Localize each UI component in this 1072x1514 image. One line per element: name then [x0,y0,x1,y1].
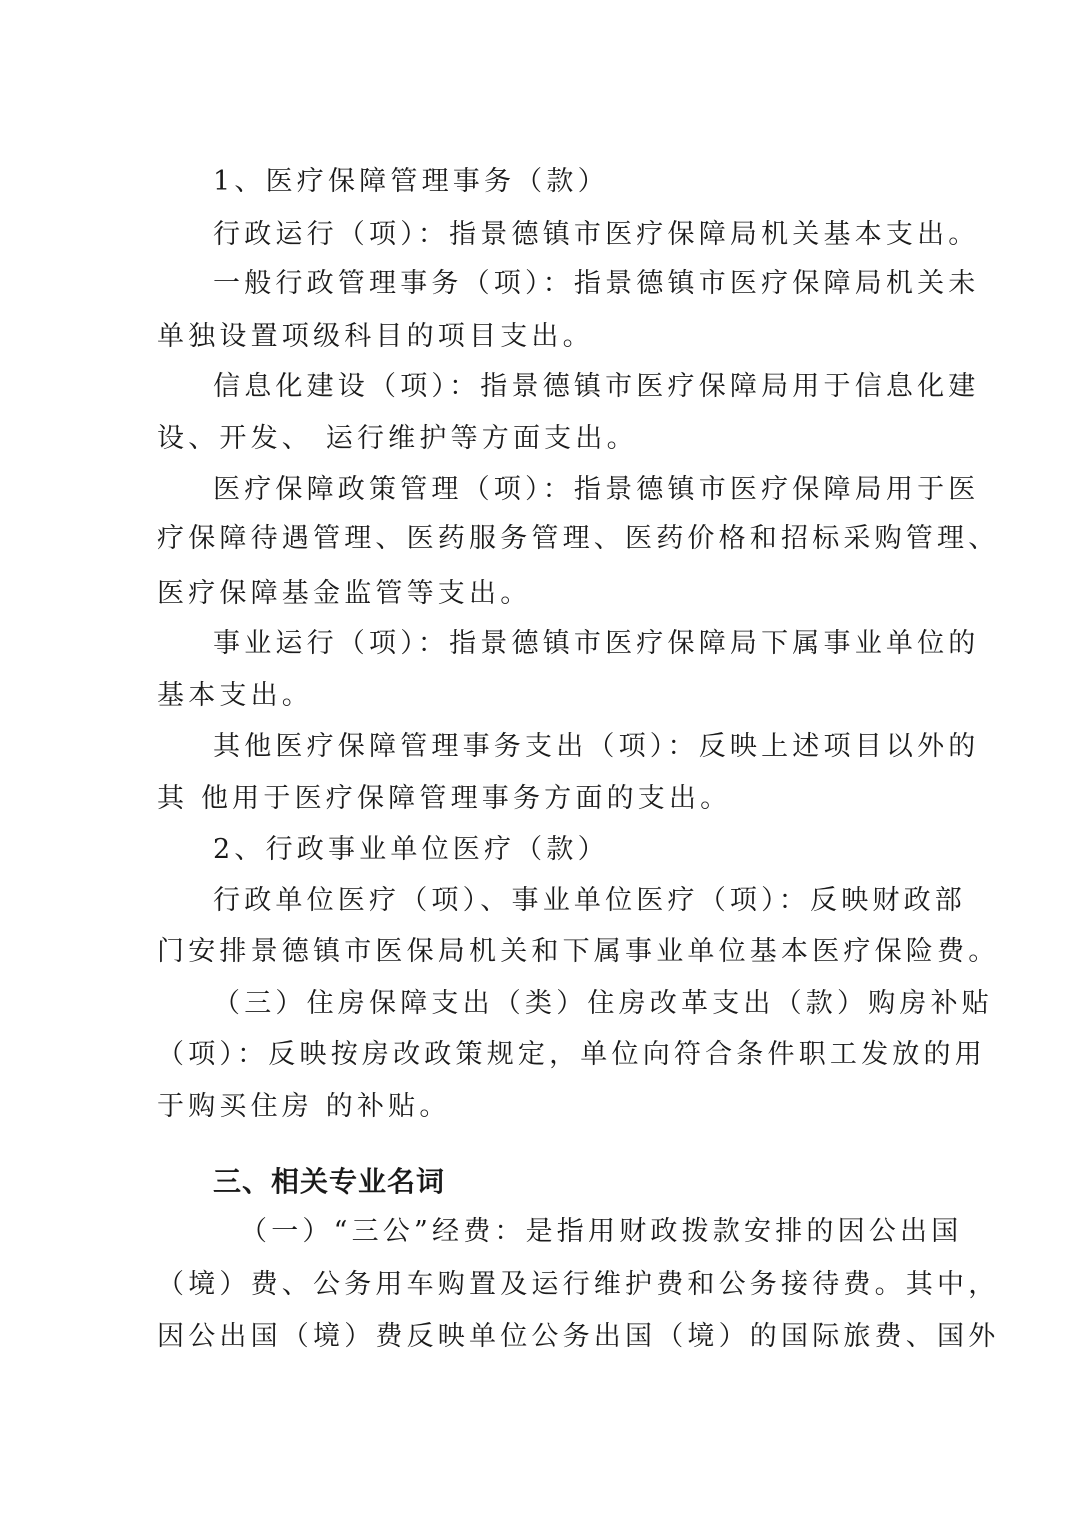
paragraph-line: 基本支出。 [157,679,313,713]
subsection-title-admin-medical: 2、行政事业单位医疗（款） [213,833,609,867]
paragraph-line: 信息化建设（项）：指景德镇市医疗保障局用于信息化建 [213,370,980,404]
paragraph-line: 单独设置项级科目的项目支出。 [157,320,594,354]
paragraph-line: 于购买住房 的补贴。 [157,1090,451,1124]
paragraph-line: 行政运行（项）：指景德镇市医疗保障局机关基本支出。 [213,218,980,252]
paragraph-line: 疗保障待遇管理、医药服务管理、医药价格和招标采购管理、 [157,522,999,556]
paragraph-line: 医疗保障政策管理（项）：指景德镇市医疗保障局用于医 [213,473,980,507]
subsection-title-medical-security: 1、医疗保障管理事务（款） [213,165,609,199]
paragraph-line: （境）费、公务用车购置及运行维护费和公务接待费。其中， [157,1268,999,1302]
paragraph-line: 设、开发、 运行维护等方面支出。 [157,422,638,456]
paragraph-line: 其他医疗保障管理事务支出（项）：反映上述项目以外的 [213,730,980,764]
paragraph-line: 门安排景德镇市医保局机关和下属事业单位基本医疗保险费。 [157,935,999,969]
paragraph-line: 其 他用于医疗保障管理事务方面的支出。 [157,782,731,816]
paragraph-line: 事业运行（项）：指景德镇市医疗保障局下属事业单位的 [213,627,980,661]
paragraph-line: 医疗保障基金监管等支出。 [157,577,531,611]
paragraph-line: （三）住房保障支出（类）住房改革支出（款）购房补贴 [213,987,993,1021]
paragraph-line: （项）：反映按房改政策规定，单位向符合条件职工发放的用 [157,1038,986,1072]
section-heading: 三、相关专业名词 [213,1165,445,1199]
paragraph-line: （一）“三公”经费：是指用财政拨款安排的因公出国 [240,1215,962,1249]
paragraph-line: 行政单位医疗（项）、事业单位医疗（项）：反映财政部 [213,884,966,918]
paragraph-line: 一般行政管理事务（项）：指景德镇市医疗保障局机关未 [213,267,980,301]
paragraph-line: 因公出国（境）费反映单位公务出国（境）的国际旅费、国外 [157,1320,999,1354]
